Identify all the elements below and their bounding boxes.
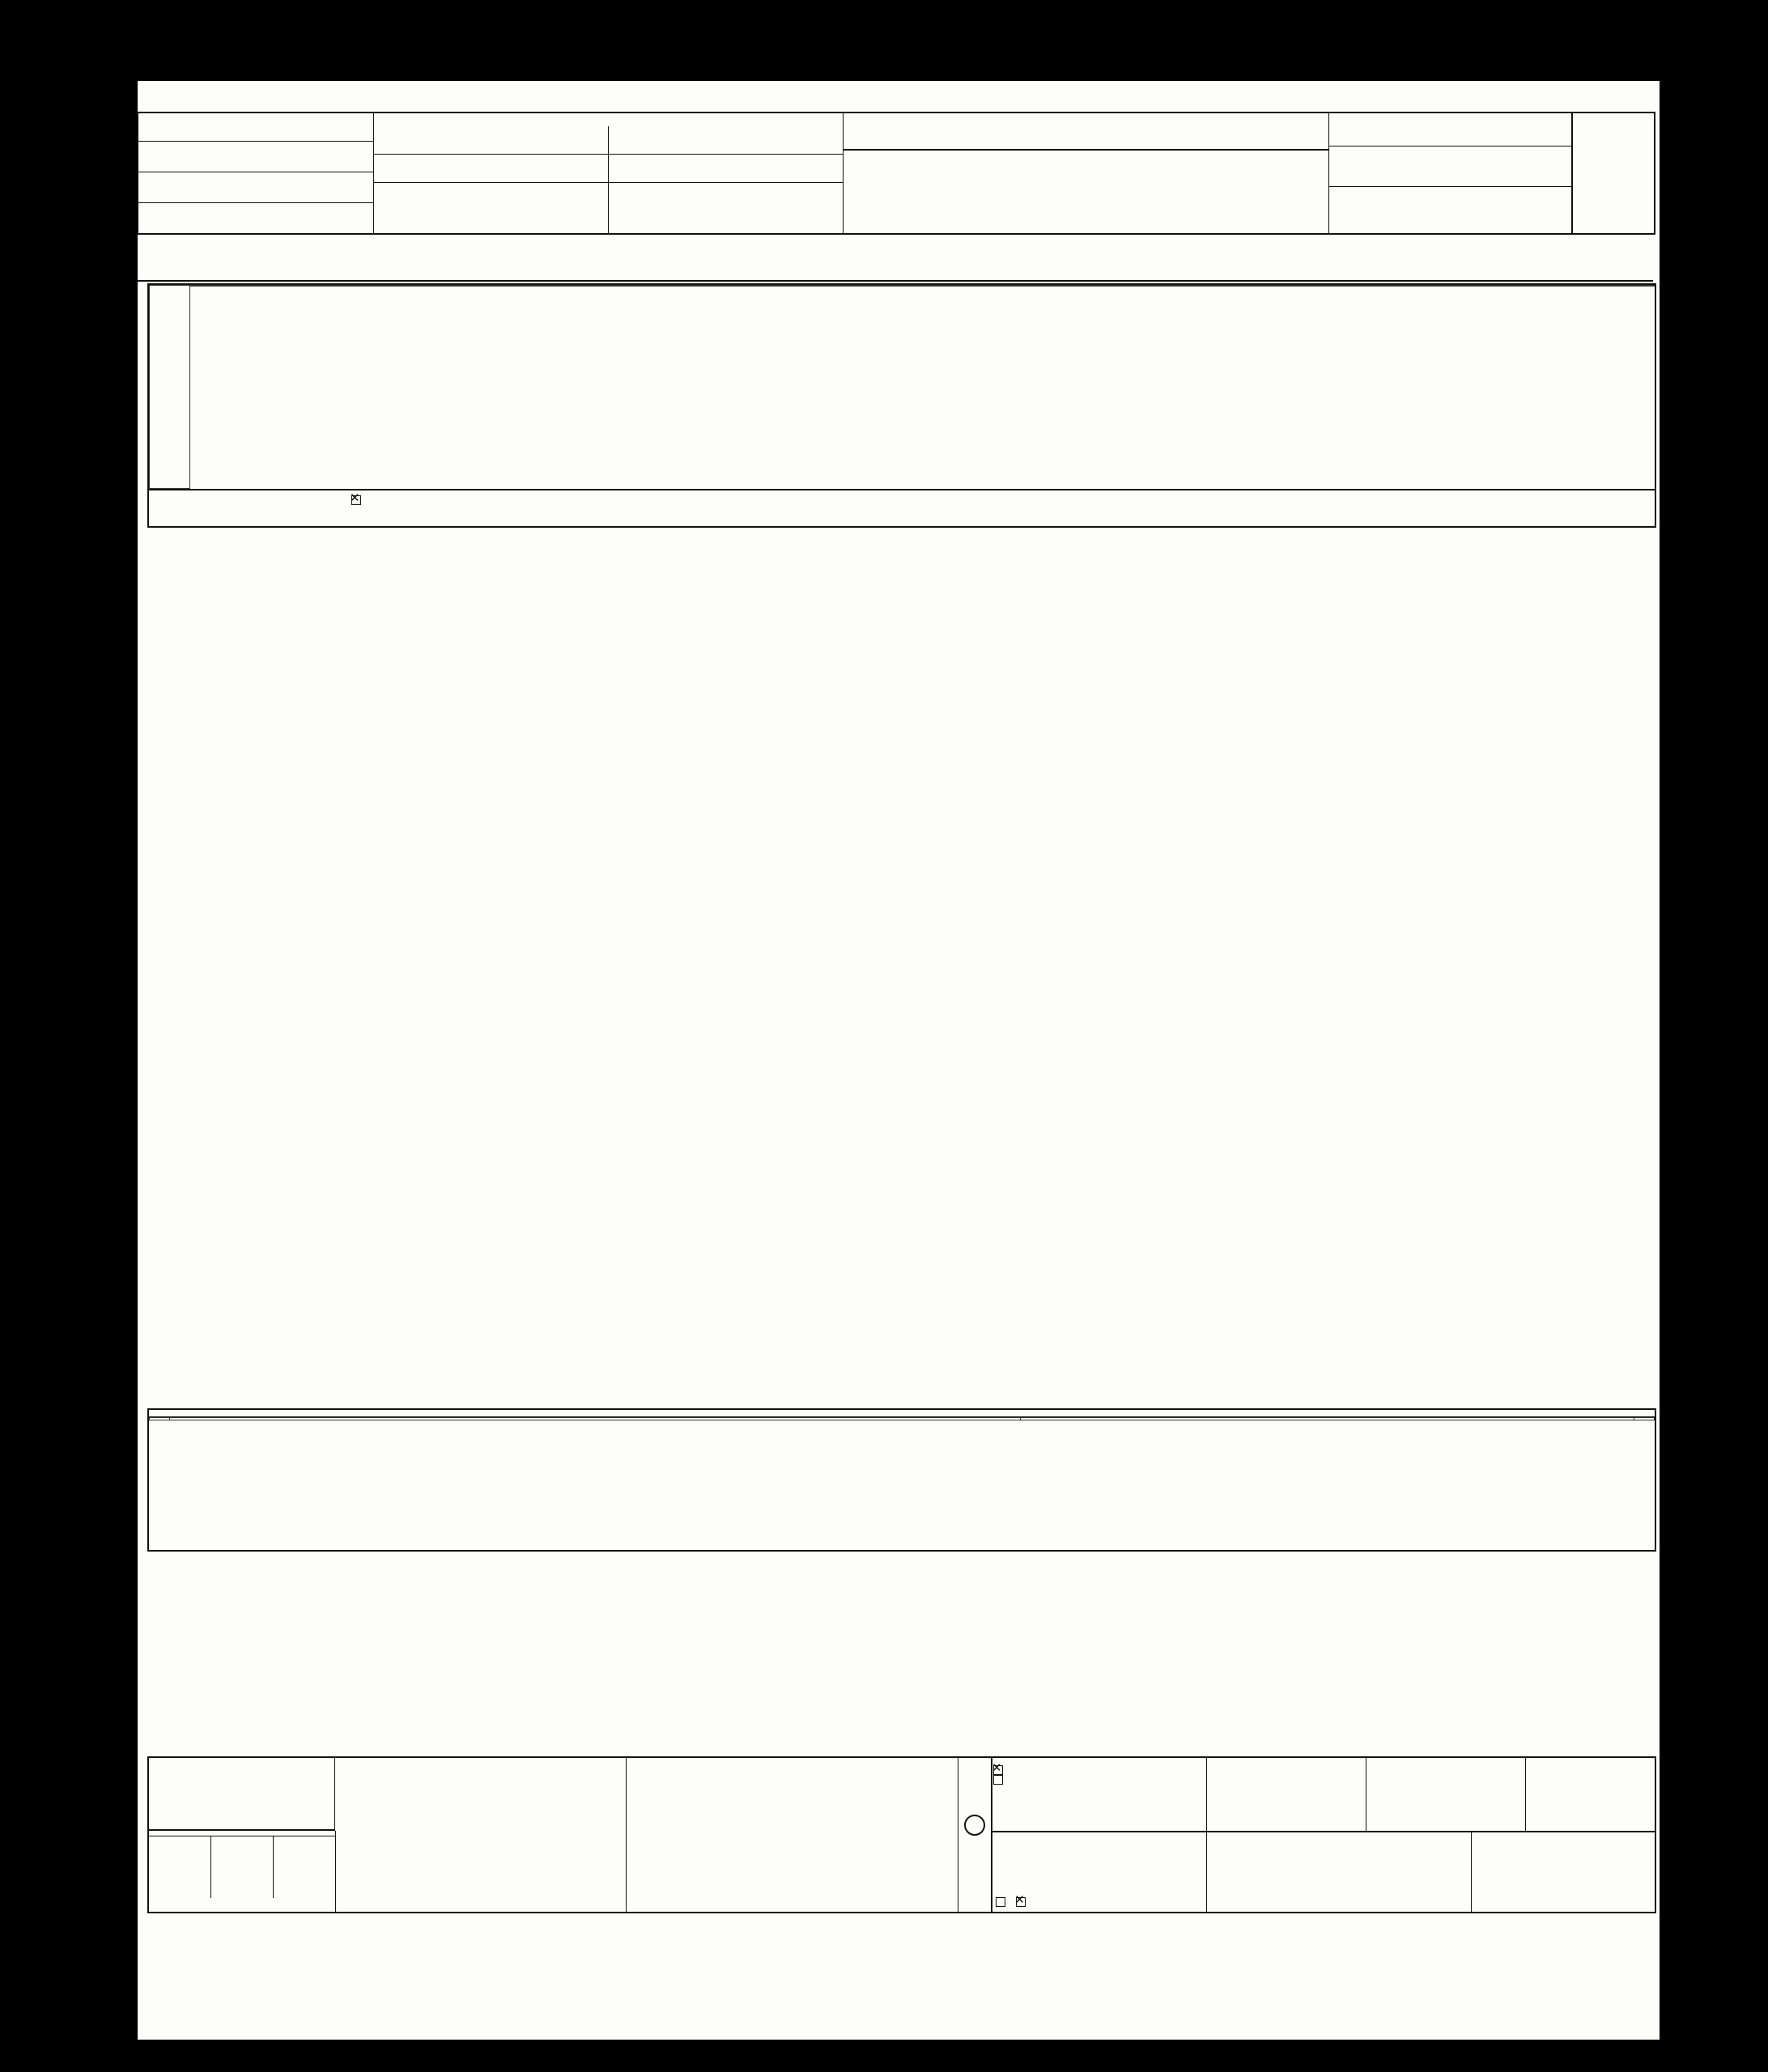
sample-section-14-over	[1021, 1418, 1634, 1420]
q36-box	[991, 1831, 1207, 1912]
institution-type-label-2	[608, 155, 843, 158]
state-label	[138, 113, 373, 117]
q34-box	[991, 1758, 1207, 1831]
family-head-box	[627, 1758, 958, 1912]
section-all-persons	[363, 286, 997, 287]
q38-box	[1472, 1831, 1655, 1912]
q35b-text	[1366, 1758, 1526, 1831]
sample-section-all-ages	[169, 1418, 1021, 1420]
section-head-of-household	[190, 286, 363, 287]
q35c-text	[1526, 1758, 1655, 1831]
q36-yes-checkbox[interactable]	[996, 1897, 1005, 1907]
form-header	[138, 112, 1655, 235]
sheet-number-label	[1573, 113, 1654, 117]
sample-line-questions	[147, 1408, 1656, 1552]
date-started-label	[1328, 113, 1571, 117]
q34-no-checkbox[interactable]	[993, 1775, 1003, 1785]
institution-line-nos	[373, 183, 608, 199]
institution-name-label	[373, 126, 608, 129]
cont-row-marker	[964, 1815, 985, 1836]
institution-type-label	[373, 155, 608, 158]
institution-line-nos-2	[608, 183, 843, 199]
district-office-label	[149, 1831, 335, 1836]
institution-name-label-2	[608, 126, 843, 129]
household-continued-checkbox[interactable]	[351, 495, 361, 505]
q37-box	[1207, 1831, 1472, 1912]
special-cases-box	[149, 1758, 335, 1831]
notes-area	[138, 233, 1653, 282]
institution-label	[373, 113, 843, 117]
cont-marker	[958, 1758, 992, 1912]
sample-table	[149, 1417, 1655, 1550]
population-table	[149, 285, 1655, 489]
q34-yes-checkbox[interactable]	[993, 1765, 1003, 1775]
sample-title	[149, 1410, 1655, 1417]
census-form-page	[138, 81, 1660, 2040]
q36-no-checkbox[interactable]	[1016, 1897, 1026, 1907]
footer-instructions	[147, 1756, 1656, 1913]
district-office-box	[149, 1831, 336, 1912]
population-schedule	[147, 283, 1656, 528]
grade-codes-box	[335, 1758, 627, 1912]
q35a-text	[1207, 1758, 1366, 1831]
section-14-and-over	[997, 286, 1655, 287]
